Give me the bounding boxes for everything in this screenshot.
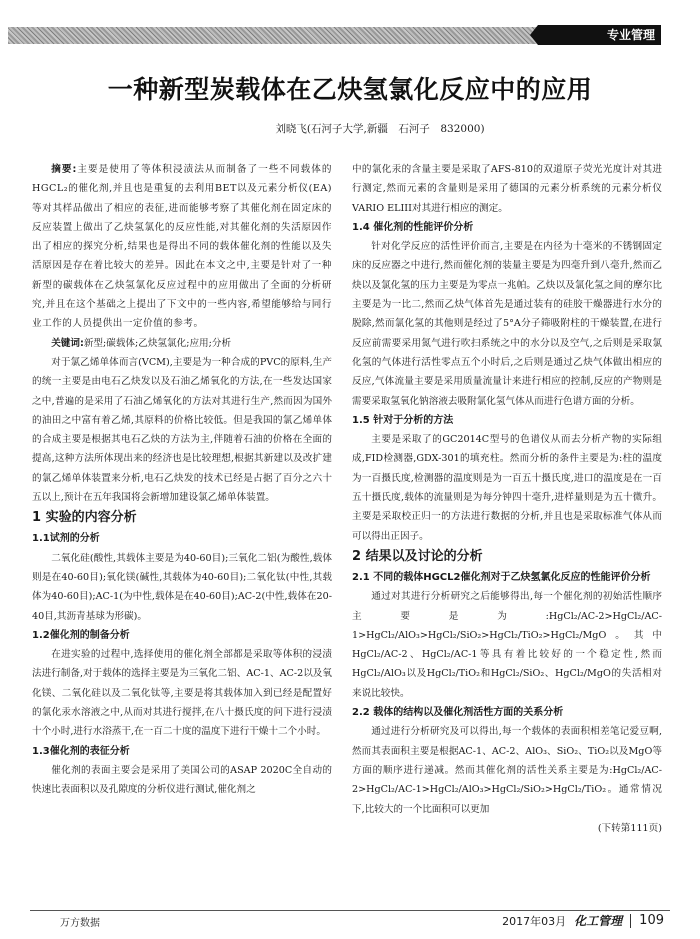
intro-paragraph: 对于氯乙烯单体而言(VCM),主要是为一种合成的PVC的原料,生产的统一主要是由…	[32, 353, 332, 507]
section-2-2-text: 通过进行分析研究及可以得出,每一个载体的表面积相差笔记爱豆啊,然而其表面积主要是…	[352, 722, 662, 818]
left-column: 摘要:主要是使用了等体积浸渍法从而制备了一些不同载体的HGCL₂的催化剂,并且也…	[32, 160, 332, 800]
section-2-2-heading: 2.2 载体的结构以及催化剂活性方面的关系分析	[352, 703, 662, 722]
section-1-1-heading: 1.1试剂的分析	[32, 529, 332, 548]
section-2-1-text: 通过对其进行分析研究之后能够得出,每一个催化剂的初始活性顺序主要是为:HgCl₂…	[352, 587, 662, 703]
keywords-text: 新型;碳载体;乙炔氢氯化;应用;分析	[84, 338, 231, 349]
section-1-3-text: 催化剂的表面主要会是采用了美国公司的ASAP 2020C全自动的快速比表面积以及…	[32, 761, 332, 800]
author-line: 刘晓飞(石河子大学,新疆 石河子 832000)	[0, 121, 700, 136]
journal-name: 化工管理	[574, 912, 622, 929]
page-number: 109	[639, 913, 664, 928]
keywords: 关键词:新型;碳载体;乙炔氢氯化;应用;分析	[32, 334, 332, 353]
issue-date: 2017年03月	[502, 913, 566, 929]
section-2-1-heading: 2.1 不同的载体HGCL2催化剂对于乙炔氢氯化反应的性能评价分析	[352, 568, 662, 587]
keywords-label: 关键词:	[51, 338, 84, 349]
footer-source: 万方数据	[60, 914, 100, 929]
footer-divider	[30, 910, 670, 911]
right-column: 中的氯化汞的含量主要是采取了AFS-810的双道原子荧光光度计对其进行测定,然而…	[352, 160, 662, 838]
page-separator	[630, 914, 631, 928]
section-tag: 专业管理	[530, 25, 661, 45]
section-1-5-heading: 1.5 针对于分析的方法	[352, 411, 662, 430]
abstract-label: 摘要:	[51, 164, 77, 175]
footer-info: 2017年03月 化工管理 109	[502, 912, 664, 929]
continued-note: (下转第111页)	[352, 819, 662, 838]
section-1-3-heading: 1.3催化剂的表征分析	[32, 742, 332, 761]
section-1-4-text: 针对化学反应的活性评价而言,主要是在内径为十毫米的不锈钢固定床的反应器之中进行,…	[352, 237, 662, 411]
abstract-text: 主要是使用了等体积浸渍法从而制备了一些不同载体的HGCL₂的催化剂,并且也是重复…	[32, 164, 332, 329]
section-1-4-heading: 1.4 催化剂的性能评价分析	[352, 218, 662, 237]
section-2-heading: 2 结果以及讨论的分析	[352, 546, 662, 568]
section-1-2-text: 在进实验的过程中,选择使用的催化剂全部都是采取等体积的浸渍法进行制备,对于载体的…	[32, 645, 332, 741]
header-decorative-band	[8, 27, 538, 44]
section-1-3-continued: 中的氯化汞的含量主要是采取了AFS-810的双道原子荧光光度计对其进行测定,然而…	[352, 160, 662, 218]
section-1-1-text: 二氧化硅(酸性,其载体主要是为40-60目);三氧化二铝(为酸性,载体则是在40…	[32, 549, 332, 626]
section-1-heading: 1 实验的内容分析	[32, 507, 332, 529]
abstract: 摘要:主要是使用了等体积浸渍法从而制备了一些不同载体的HGCL₂的催化剂,并且也…	[32, 160, 332, 334]
section-1-2-heading: 1.2催化剂的制备分析	[32, 626, 332, 645]
section-1-5-text: 主要是采取了的GC2014C型号的色谱仪从而去分析产物的实际组成,FID检测器,…	[352, 430, 662, 546]
article-title: 一种新型炭载体在乙炔氢氯化反应中的应用	[0, 70, 700, 106]
